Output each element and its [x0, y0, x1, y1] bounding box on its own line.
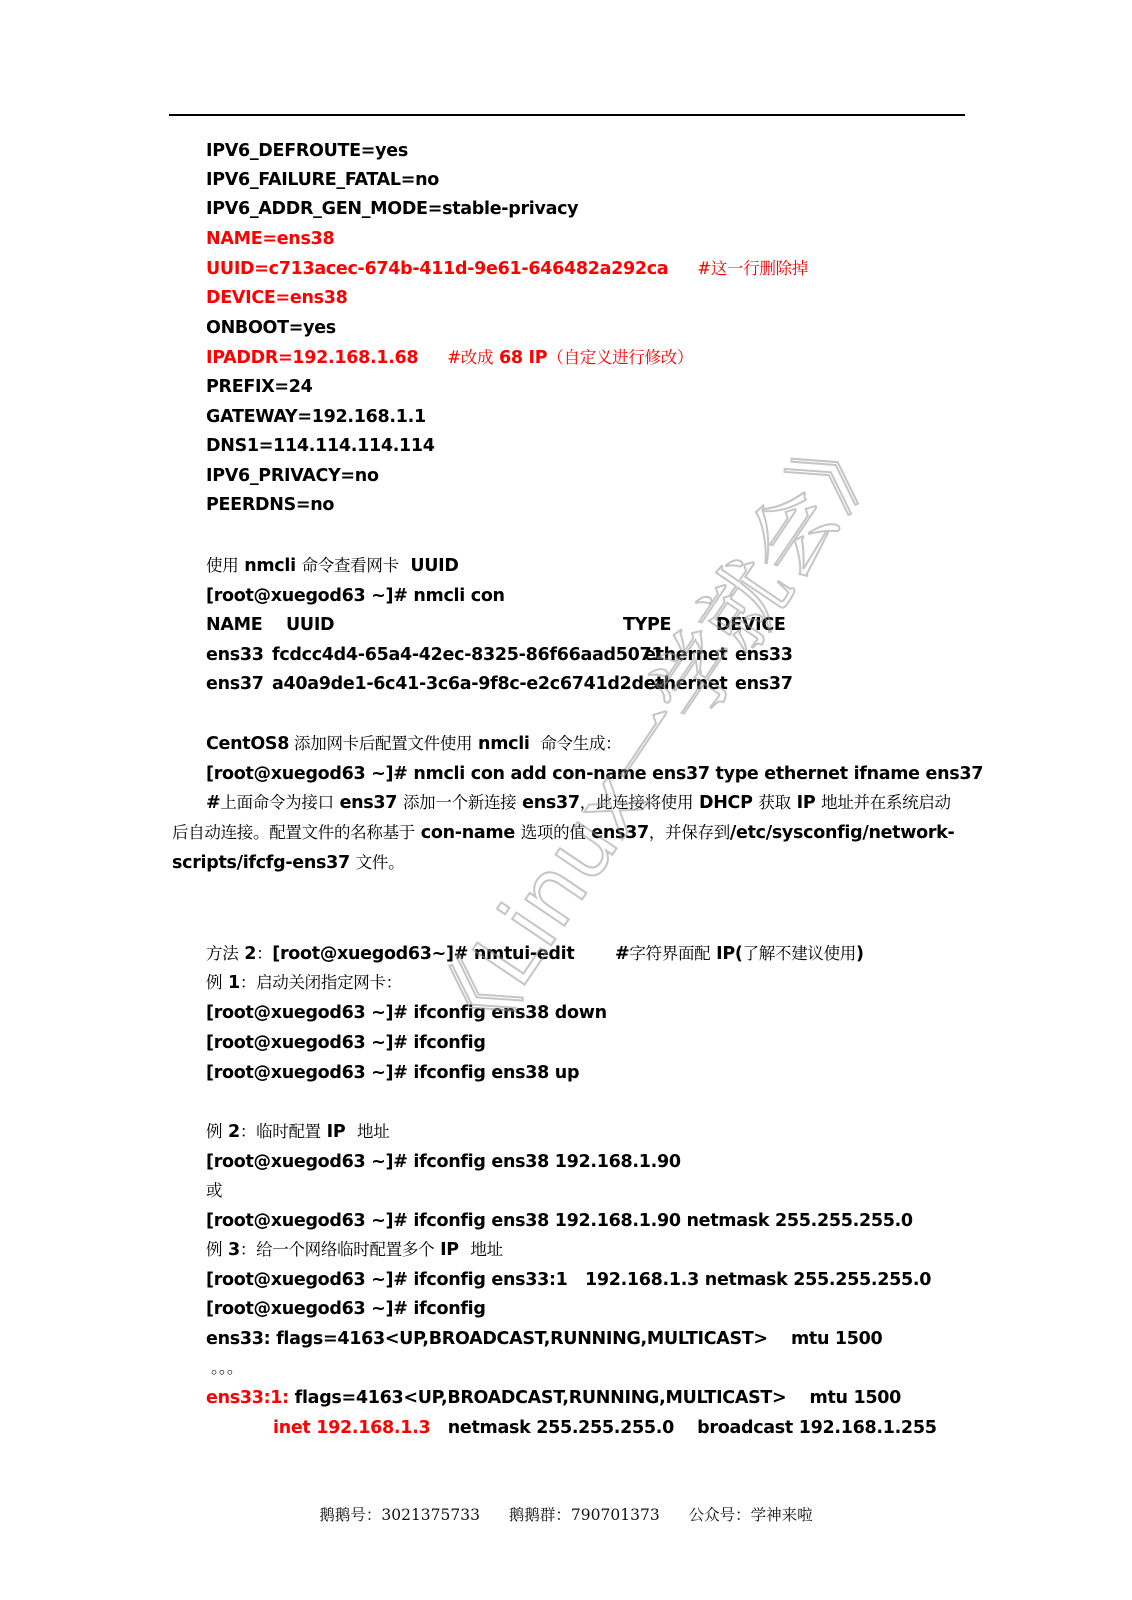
- command-line: [root@xuegod63 ~]# ifconfig ens38 down: [206, 998, 607, 1028]
- intro-text: 命令查看网卡: [302, 556, 399, 575]
- intro-text: 命令生成：: [535, 734, 621, 753]
- config-line: PREFIX=24: [206, 372, 313, 402]
- intro-cmd: nmcli: [238, 556, 301, 576]
- explanation-segment: #: [206, 793, 220, 813]
- explanation-segment: 获取: [758, 793, 790, 812]
- method-label: 方法: [206, 944, 238, 963]
- config-comment: #这一行删除掉: [697, 259, 808, 278]
- example-number: 1: [222, 973, 240, 993]
- command-line: [root@xuegod63 ~]# ifconfig: [206, 1028, 486, 1058]
- explanation-segment: ，并保存到: [649, 823, 730, 842]
- output-text: netmask 255.255.255.0 broadcast 192.168.…: [430, 1418, 936, 1438]
- table-cell: ethernet: [644, 669, 728, 699]
- config-text: IPV6_FAILURE_FATAL=no: [206, 170, 439, 190]
- command-text: [root@xuegod63 ~]# ifconfig ens38 down: [206, 1003, 607, 1023]
- explanation-segment: DHCP: [693, 793, 758, 813]
- example-label: 例: [206, 1122, 222, 1141]
- output-line: ens33:1: flags=4163<UP,BROADCAST,RUNNING…: [206, 1383, 901, 1413]
- config-line: IPADDR=192.168.1.68 #改成 68 IP（自定义进行修改）: [206, 343, 693, 373]
- command-text: [root@xuegod63 ~]# ifconfig ens38 192.16…: [206, 1152, 681, 1172]
- config-text: UUID=c713acec-674b-411d-9e61-646482a292c…: [206, 259, 668, 279]
- table-header: UUID: [286, 610, 334, 640]
- command-line: [root@xuegod63 ~]# ifconfig ens33:1 192.…: [206, 1265, 931, 1295]
- config-text: IPV6_DEFROUTE=yes: [206, 141, 408, 161]
- table-cell: ens33: [735, 640, 793, 670]
- command-text: [root@xuegod63 ~]# ifconfig ens38 192.16…: [206, 1211, 913, 1231]
- table-cell: fcdcc4d4-65a4-42ec-8325-86f66aad5071: [272, 640, 663, 670]
- output-text: flags=4163<UP,BROADCAST,RUNNING,MULTICAS…: [289, 1388, 901, 1408]
- comment-text: 字符界面配: [629, 944, 710, 963]
- config-text: NAME=ens38: [206, 229, 334, 249]
- config-text: PREFIX=24: [206, 377, 313, 397]
- config-line: PEERDNS=no: [206, 490, 334, 520]
- table-header: DEVICE: [716, 610, 786, 640]
- centos8-explanation: #上面命令为接口 ens37 添加一个新连接 ens37，此连接将使用 DHCP…: [172, 788, 962, 878]
- intro-text: 添加网卡后配置文件使用: [289, 734, 472, 753]
- comment-text: 了解不建议使用: [743, 944, 856, 963]
- comment-bold: ): [856, 944, 864, 964]
- table-cell: ens37: [735, 669, 793, 699]
- config-line: DEVICE=ens38: [206, 283, 348, 313]
- method-number: 2: [238, 944, 256, 964]
- example-label: 例: [206, 973, 222, 992]
- command-line: [root@xuegod63 ~]# ifconfig ens38 192.16…: [206, 1147, 681, 1177]
- explanation-segment: con-name: [415, 823, 521, 843]
- command-text: [root@xuegod63 ~]# ifconfig ens33:1 192.…: [206, 1270, 931, 1290]
- output-line: inet 192.168.1.3 netmask 255.255.255.0 b…: [273, 1413, 937, 1443]
- config-text: ONBOOT=yes: [206, 318, 336, 338]
- method2-line: 方法 2：[root@xuegod63~]# nmtui-edit #字符界面配…: [206, 939, 864, 969]
- example-2-label: 例 2：临时配置 IP 地址: [206, 1117, 389, 1147]
- config-line: IPV6_DEFROUTE=yes: [206, 136, 408, 166]
- example-bold: IP: [434, 1240, 470, 1260]
- footer: 鹅鹅号：3021375733 鹅鹅群：790701373 公众号：学神来啦: [0, 1500, 1132, 1530]
- config-line: IPV6_ADDR_GEN_MODE=stable-privacy: [206, 194, 578, 224]
- config-line: ONBOOT=yes: [206, 313, 336, 343]
- centos8-intro: CentOS8 添加网卡后配置文件使用 nmcli 命令生成：: [206, 729, 621, 759]
- example-title: ：给一个网络临时配置多个: [240, 1240, 434, 1259]
- command-text: [root@xuegod63 ~]# nmcli con add con-nam…: [206, 764, 983, 784]
- config-line: GATEWAY=192.168.1.1: [206, 402, 426, 432]
- table-header: NAME: [206, 610, 262, 640]
- footer-wechat: 公众号：学神来啦: [689, 1506, 813, 1524]
- explanation-segment: IP: [791, 793, 821, 813]
- method-colon: ：: [256, 944, 272, 963]
- config-line: DNS1=114.114.114.114: [206, 431, 435, 461]
- config-line: NAME=ens38: [206, 224, 334, 254]
- config-text: IPV6_ADDR_GEN_MODE=stable-privacy: [206, 199, 578, 219]
- example-1-label: 例 1：启动关闭指定网卡：: [206, 968, 402, 998]
- example-3-label: 例 3：给一个网络临时配置多个 IP 地址: [206, 1235, 503, 1265]
- footer-group: 鹅鹅群：790701373: [509, 1506, 660, 1524]
- table-cell: ens37: [206, 669, 264, 699]
- config-line: UUID=c713acec-674b-411d-9e61-646482a292c…: [206, 254, 808, 284]
- ellipsis-text: 。。。: [206, 1358, 243, 1377]
- command-line: [root@xuegod63 ~]# nmcli con: [206, 581, 505, 611]
- config-line: IPV6_PRIVACY=no: [206, 461, 379, 491]
- config-comment-bold: 68 IP: [493, 348, 547, 368]
- table-header: TYPE: [623, 610, 671, 640]
- header-rule: [169, 114, 965, 116]
- command-text: [root@xuegod63 ~]# ifconfig ens38 up: [206, 1063, 579, 1083]
- or-text: 或: [206, 1181, 222, 1200]
- explanation-segment: 选项的值: [521, 823, 586, 842]
- output-line: ens33: flags=4163<UP,BROADCAST,RUNNING,M…: [206, 1324, 882, 1354]
- explanation-segment: ens37: [334, 793, 403, 813]
- config-text: PEERDNS=no: [206, 495, 334, 515]
- ellipsis-line: 。。。: [206, 1353, 243, 1383]
- example-title: ：临时配置: [240, 1122, 321, 1141]
- or-line: 或: [206, 1176, 222, 1206]
- intro-bold: nmcli: [472, 734, 535, 754]
- example-number: 3: [222, 1240, 240, 1260]
- config-text: GATEWAY=192.168.1.1: [206, 407, 426, 427]
- inet-address: inet 192.168.1.3: [273, 1418, 430, 1438]
- explanation-segment: ，此连接将使用: [580, 793, 693, 812]
- command-text: [root@xuegod63 ~]# ifconfig: [206, 1033, 486, 1053]
- command-line: [root@xuegod63 ~]# ifconfig: [206, 1294, 486, 1324]
- comment-hash: #: [615, 944, 629, 964]
- example-title: ：启动关闭指定网卡：: [240, 973, 402, 992]
- command-text: [root@xuegod63 ~]# nmcli con: [206, 586, 505, 606]
- config-text: IPV6_PRIVACY=no: [206, 466, 379, 486]
- output-text: ens33: flags=4163<UP,BROADCAST,RUNNING,M…: [206, 1329, 882, 1349]
- explanation-segment: 上面命令为接口: [220, 793, 333, 812]
- explanation-segment: 文件。: [356, 853, 405, 872]
- intro-tail: UUID: [399, 556, 459, 576]
- config-line: IPV6_FAILURE_FATAL=no: [206, 165, 439, 195]
- config-text: DNS1=114.114.114.114: [206, 436, 435, 456]
- command-line: [root@xuegod63 ~]# nmcli con add con-nam…: [206, 759, 983, 789]
- config-text: IPADDR=192.168.1.68: [206, 348, 418, 368]
- example-number: 2: [222, 1122, 240, 1142]
- alias-interface: ens33:1:: [206, 1388, 289, 1408]
- config-comment: #改成: [447, 348, 493, 367]
- command-line: [root@xuegod63 ~]# ifconfig ens38 up: [206, 1058, 579, 1088]
- explanation-segment: ens37: [516, 793, 579, 813]
- example-bold: IP: [321, 1122, 357, 1142]
- comment-bold: IP(: [710, 944, 742, 964]
- nmcli-intro: 使用 nmcli 命令查看网卡 UUID: [206, 551, 459, 581]
- example-title: 地址: [357, 1122, 389, 1141]
- config-text: DEVICE=ens38: [206, 288, 348, 308]
- config-comment: （自定义进行修改）: [547, 348, 693, 367]
- explanation-segment: ens37: [586, 823, 649, 843]
- command-line: [root@xuegod63 ~]# ifconfig ens38 192.16…: [206, 1206, 913, 1236]
- table-cell: a40a9de1-6c41-3c6a-9f8c-e2c6741d2dca: [272, 669, 665, 699]
- intro-bold: CentOS8: [206, 734, 289, 754]
- intro-text: 使用: [206, 556, 238, 575]
- footer-qq: 鹅鹅号：3021375733: [319, 1506, 480, 1524]
- command-text: [root@xuegod63 ~]# ifconfig: [206, 1299, 486, 1319]
- command-text: [root@xuegod63~]# nmtui-edit: [272, 944, 574, 964]
- example-title: 地址: [470, 1240, 502, 1259]
- example-label: 例: [206, 1240, 222, 1259]
- table-cell: ens33: [206, 640, 264, 670]
- explanation-segment: 添加一个新连接: [403, 793, 516, 812]
- table-cell: ethernet: [644, 640, 728, 670]
